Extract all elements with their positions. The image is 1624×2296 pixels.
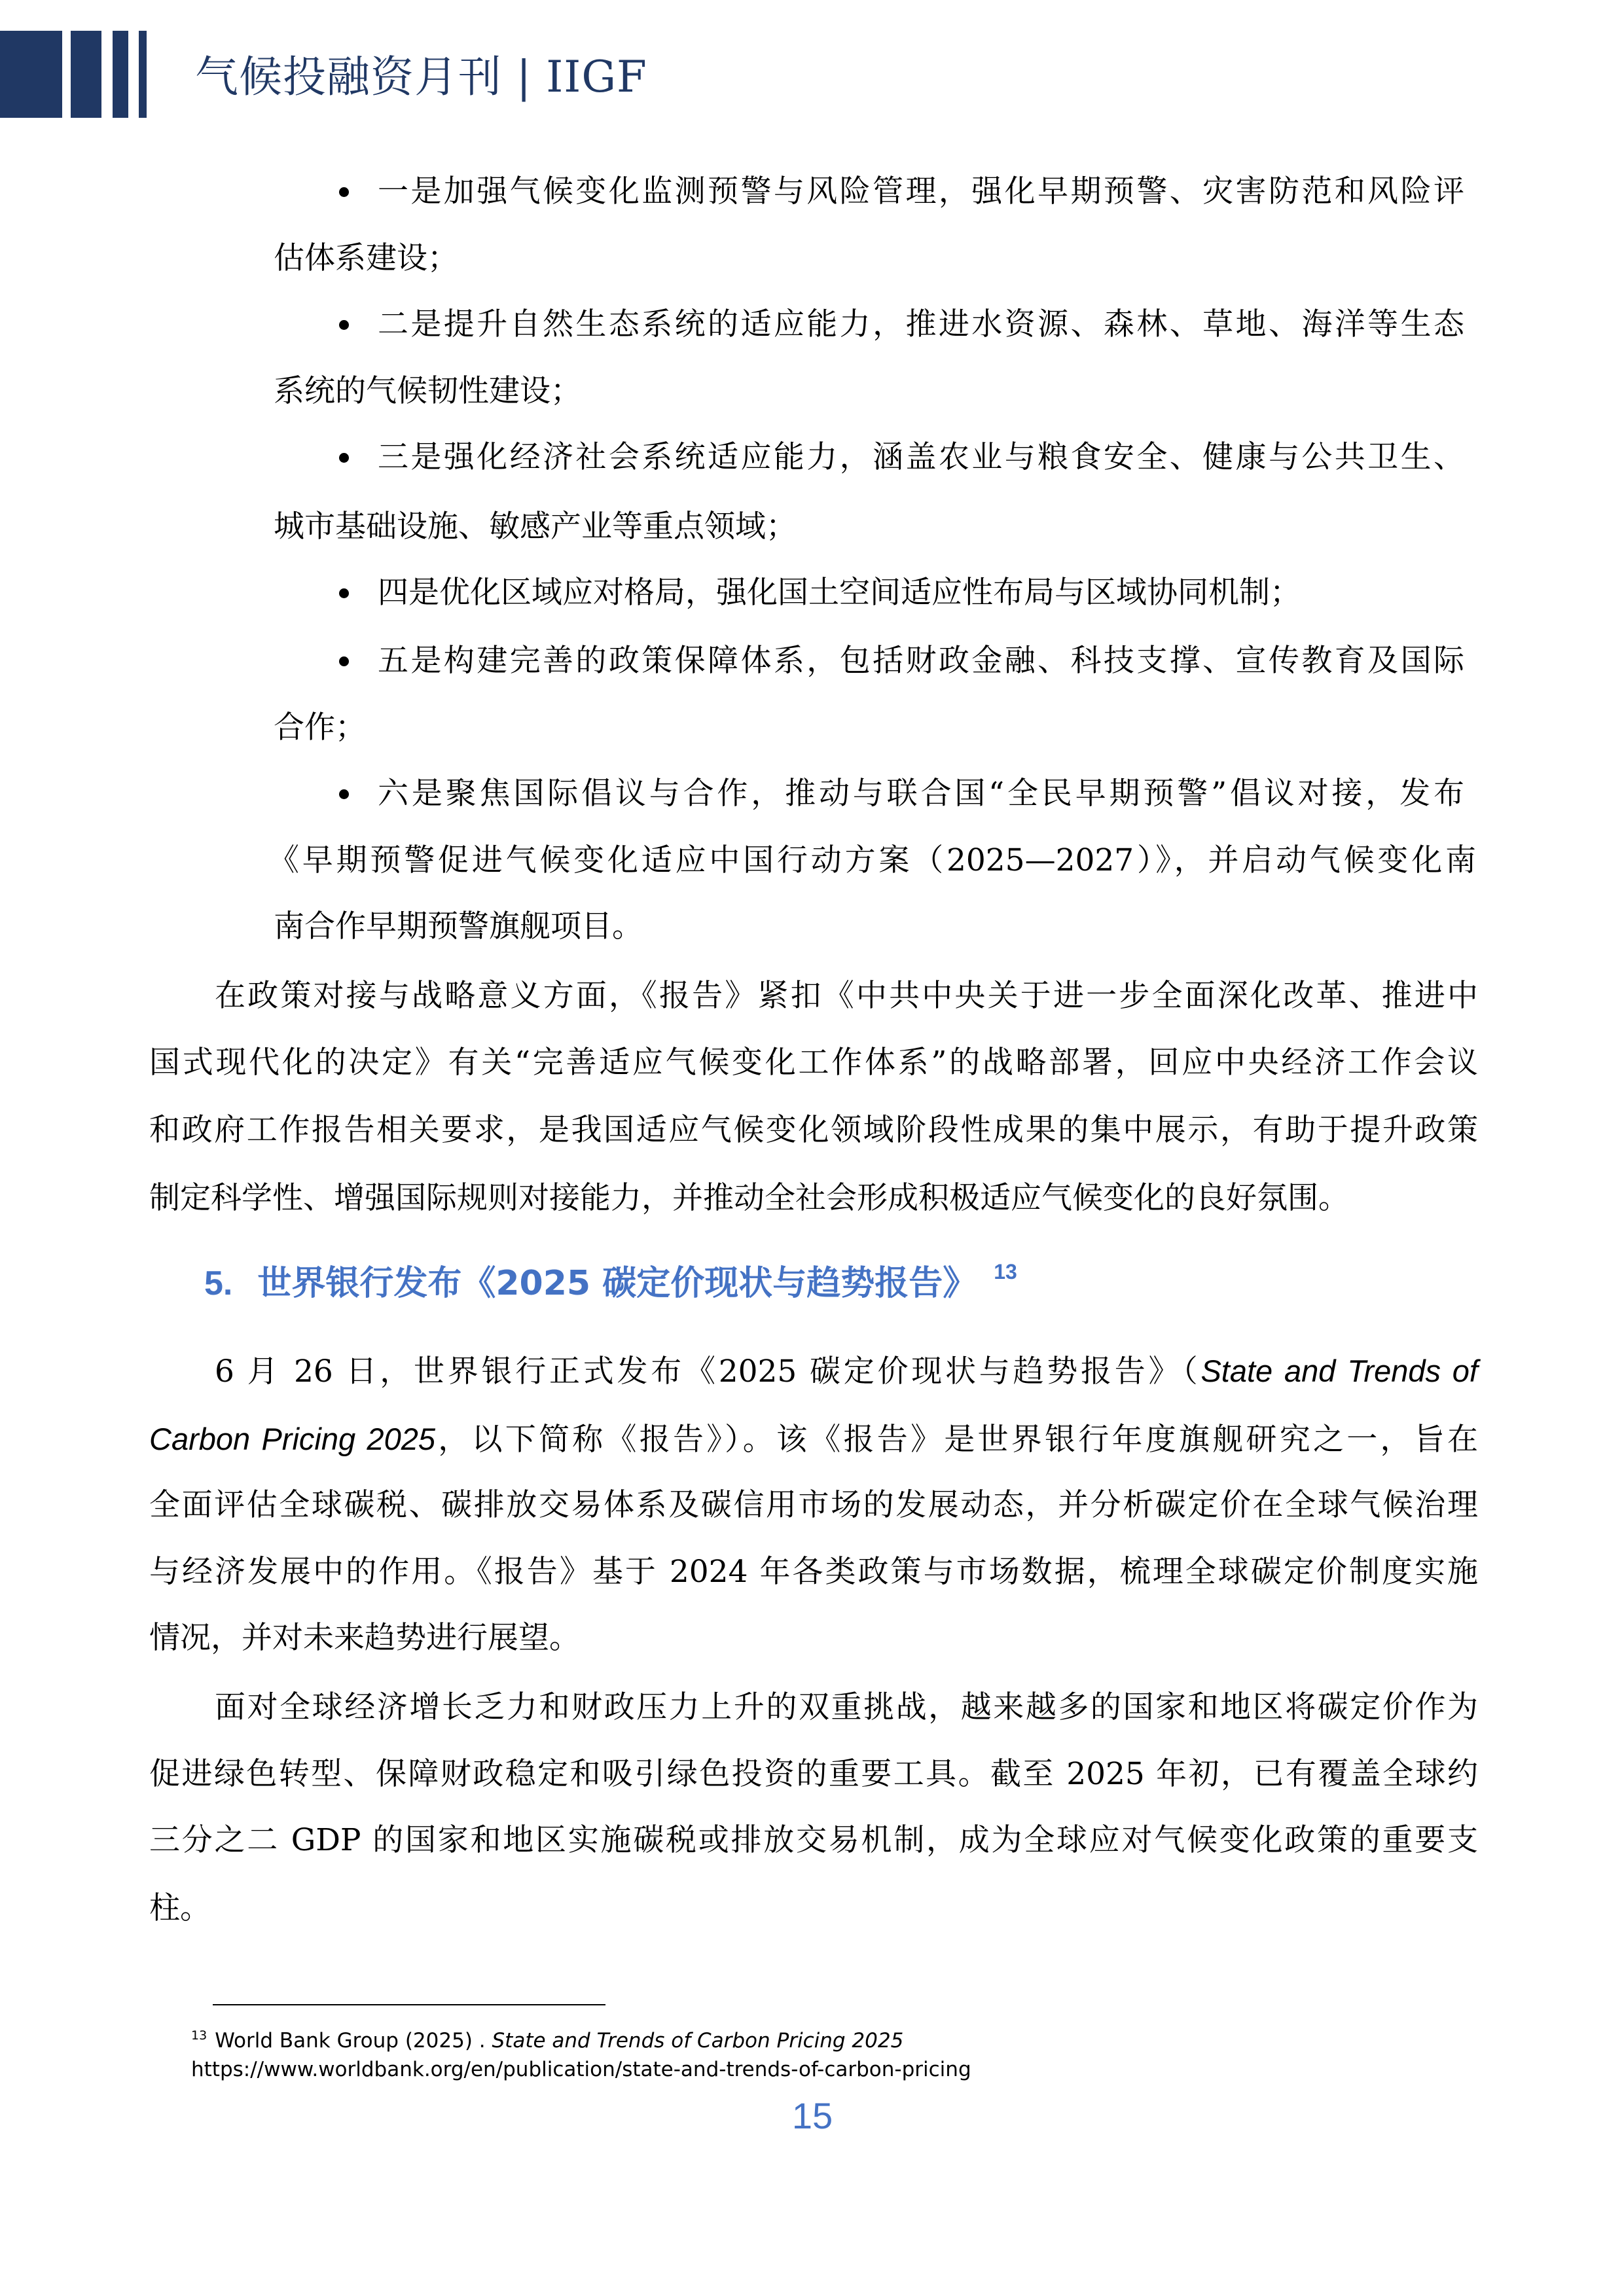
section-number: 5. <box>204 1265 232 1302</box>
footnote-text: World Bank Group (2025) . <box>215 2029 492 2053</box>
bullet-icon <box>339 789 349 799</box>
list-item-line: 六是聚焦国际倡议与合作，推动与联合国“全民早期预警”倡议对接，发布 <box>378 774 1464 814</box>
report-title-english: State and Trends of <box>1200 1354 1478 1388</box>
list-item-line: 合作； <box>274 708 366 747</box>
bullet-icon <box>339 453 349 463</box>
bullet-icon <box>339 320 349 330</box>
publication-title: 气候投融资月刊 | IIGF <box>195 51 647 103</box>
footnote-separator <box>213 2004 605 2005</box>
page-number: 15 <box>789 2096 836 2136</box>
paragraph-line: 全面评估全球碳税、碳排放交易体系及碳信用市场的发展动态，并分析碳定价在全球气候治… <box>149 1486 1478 1525</box>
footnote-ref[interactable]: 13 <box>994 1260 1017 1283</box>
paragraph-line: 国式现代化的决定》有关“完善适应气候变化工作体系”的战略部署，回应中央经济工作会… <box>149 1043 1478 1083</box>
list-item-line: 系统的气候韧性建设； <box>274 372 581 411</box>
list-item-line: 城市基础设施、敏感产业等重点领域； <box>274 507 797 547</box>
paragraph-line: 6 月 26 日，世界银行正式发布《2025 碳定价现状与趋势报告》（State… <box>215 1352 1478 1391</box>
paragraph-text: ，以下简称《报告》）。该《报告》是世界银行年度旗舰研究之一，旨在 <box>435 1422 1478 1458</box>
paragraph-text: 6 月 26 日，世界银行正式发布《2025 碳定价现状与趋势报告》（ <box>215 1354 1200 1390</box>
list-item-line: 二是提升自然生态系统的适应能力，推进水资源、森林、草地、海洋等生态 <box>378 305 1464 344</box>
paragraph-line: 三分之二 GDP 的国家和地区实施碳税或排放交易机制，成为全球应对气候变化政策的… <box>149 1821 1478 1860</box>
footnote-url[interactable]: https://www.worldbank.org/en/publication… <box>191 2056 971 2083</box>
paragraph-line: 情况，并对未来趋势进行展望。 <box>149 1619 580 1658</box>
masthead-bar-1 <box>0 31 62 118</box>
paragraph-line: 与经济发展中的作用。《报告》基于 2024 年各类政策与市场数据，梳理全球碳定价… <box>149 1552 1478 1592</box>
paragraph-line: 制定科学性、增强国际规则对接能力，并推动全社会形成积极适应气候变化的良好氛围。 <box>149 1179 1349 1218</box>
paragraph-line: 在政策对接与战略意义方面，《报告》紧扣《中共中央关于进一步全面深化改革、推进中 <box>215 977 1478 1016</box>
section-title: 世界银行发布《2025 碳定价现状与趋势报告》 <box>257 1264 977 1303</box>
paragraph-line: 促进绿色转型、保障财政稳定和吸引绿色投资的重要工具。截至 2025 年初，已有覆… <box>149 1755 1478 1794</box>
footnote-number: 13 <box>191 2028 207 2043</box>
list-item-line: 一是加强气候变化监测预警与风险管理，强化早期预警、灾害防范和风险评 <box>378 172 1464 211</box>
masthead-bar-4 <box>139 31 147 118</box>
list-item-line: 南合作早期预警旗舰项目。 <box>274 907 643 946</box>
bullet-icon <box>339 656 349 666</box>
paragraph-line: 和政府工作报告相关要求，是我国适应气候变化领域阶段性成果的集中展示，有助于提升政… <box>149 1111 1478 1150</box>
bullet-icon <box>339 588 349 598</box>
list-item-line: 五是构建完善的政策保障体系，包括财政金融、科技支撑、宣传教育及国际 <box>378 641 1464 681</box>
list-item-line: 四是优化区域应对格局，强化国土空间适应性布局与区域协同机制； <box>378 573 1301 613</box>
list-item-line: 《早期预警促进气候变化适应中国行动方案（2025—2027）》，并启动气候变化南 <box>268 841 1476 880</box>
footnote-report-title: State and Trends of Carbon Pricing 2025 <box>492 2029 903 2053</box>
masthead-bar-2 <box>71 31 101 118</box>
report-title-english: Carbon Pricing 2025 <box>149 1422 435 1456</box>
section-heading: 5.世界银行发布《2025 碳定价现状与趋势报告》13 <box>204 1262 1017 1305</box>
masthead-bar-3 <box>113 31 128 118</box>
list-item-line: 估体系建设； <box>274 239 458 278</box>
bullet-icon <box>339 187 349 197</box>
footnote-citation: 13World Bank Group (2025) . State and Tr… <box>191 2028 903 2054</box>
list-item-line: 三是强化经济社会系统适应能力，涵盖农业与粮食安全、健康与公共卫生、 <box>378 438 1464 477</box>
paragraph-line: Carbon Pricing 2025，以下简称《报告》）。该《报告》是世界银行… <box>149 1420 1478 1459</box>
paragraph-line: 面对全球经济增长乏力和财政压力上升的双重挑战，越来越多的国家和地区将碳定价作为 <box>215 1688 1478 1727</box>
paragraph-line: 柱。 <box>149 1889 211 1928</box>
